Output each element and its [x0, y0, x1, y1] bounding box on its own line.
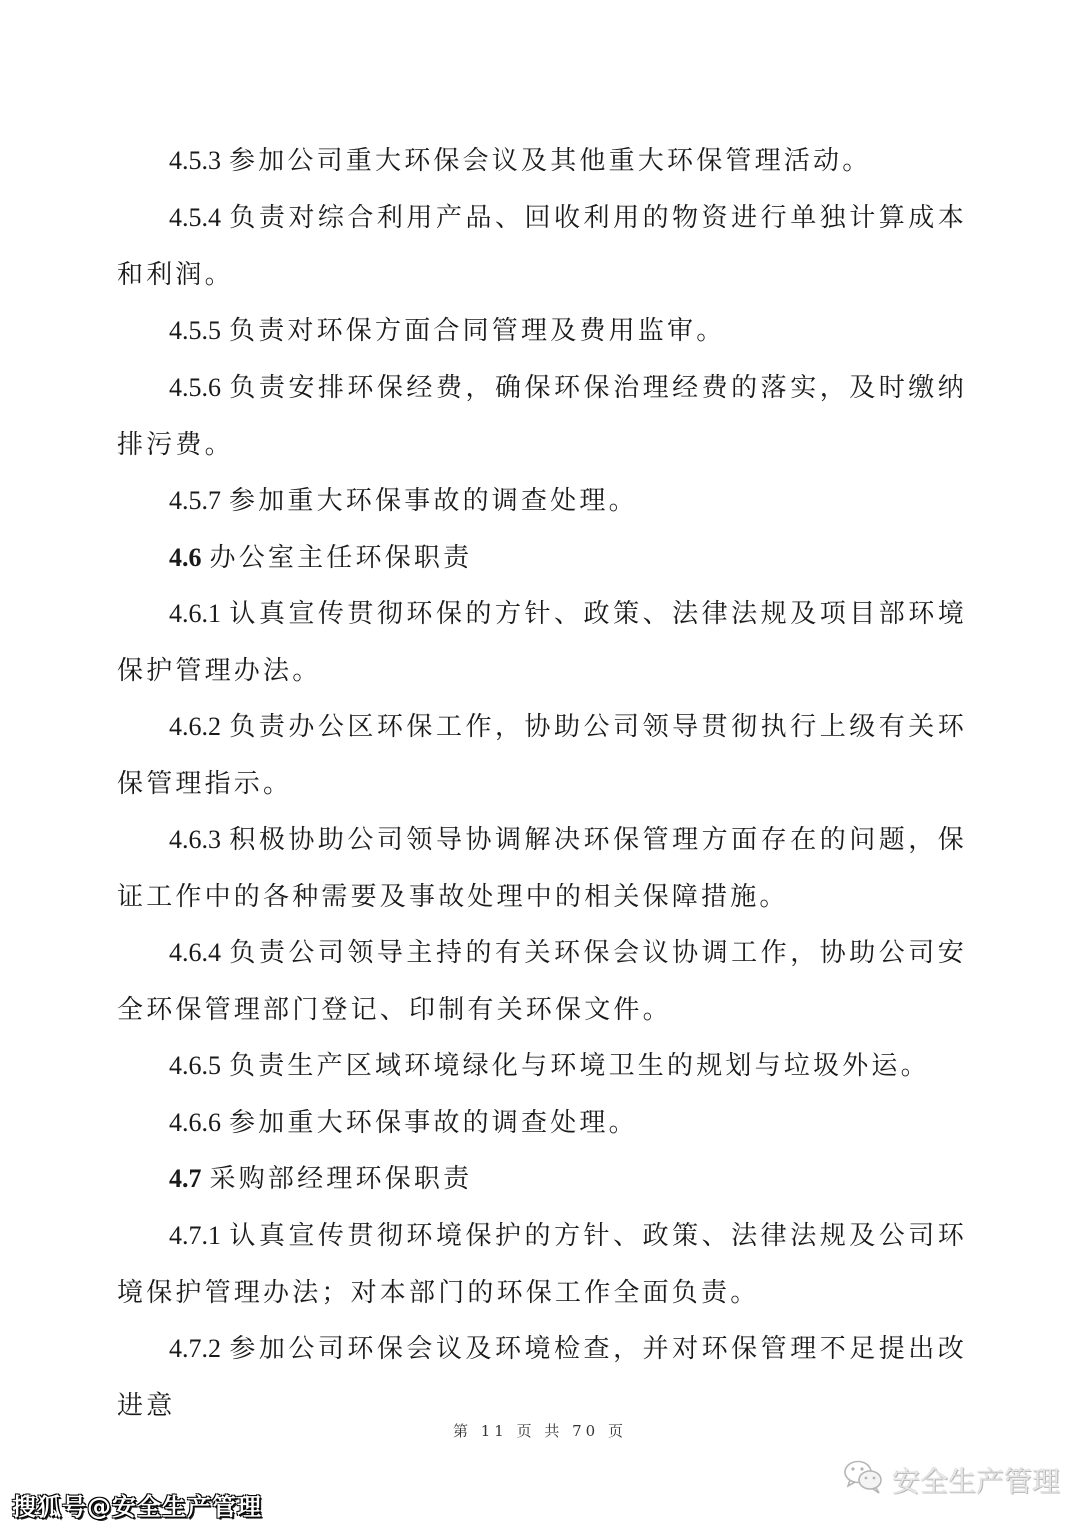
wechat-account-name: 安全生产管理: [892, 1460, 1060, 1500]
clause-text: 认真宣传贯彻环境保护的方针、政策、法律法规及公司环境保护管理办法；对本部门的环保…: [117, 1221, 967, 1308]
clause-text: 积极协助公司领导协调解决环保管理方面存在的问题，保证工作中的各种需要及事故处理中…: [117, 825, 967, 912]
paragraph-4-6-6: 4.6.6参加重大环保事故的调查处理。: [117, 1094, 967, 1152]
paragraph-4-6-2: 4.6.2负责办公区环保工作，协助公司领导贯彻执行上级有关环保管理指示。: [117, 698, 967, 813]
section-number: 4.7: [169, 1164, 202, 1193]
clause-text: 认真宣传贯彻环保的方针、政策、法律法规及项目部环境保护管理办法。: [117, 599, 967, 686]
paragraph-4-5-5: 4.5.5负责对环保方面合同管理及费用监审。: [117, 302, 967, 360]
paragraph-4-6-3: 4.6.3积极协助公司领导协调解决环保管理方面存在的问题，保证工作中的各种需要及…: [117, 811, 967, 926]
paragraph-4-5-6: 4.5.6负责安排环保经费，确保环保治理经费的落实，及时缴纳排污费。: [117, 359, 967, 474]
clause-text: 参加公司环保会议及环境检查，并对环保管理不足提出改进意: [117, 1334, 967, 1421]
section-number: 4.6: [169, 543, 202, 572]
clause-number: 4.5.5: [169, 316, 221, 345]
paragraph-4-6-5: 4.6.5负责生产区域环境绿化与环境卫生的规划与垃圾外运。: [117, 1037, 967, 1095]
document-page: 4.5.3参加公司重大环保会议及其他重大环保管理活动。 4.5.4负责对综合利用…: [0, 0, 1080, 1527]
clause-text: 参加重大环保事故的调查处理。: [229, 486, 638, 516]
paragraph-4-7-1: 4.7.1认真宣传贯彻环境保护的方针、政策、法律法规及公司环境保护管理办法；对本…: [117, 1207, 967, 1322]
section-heading-4-6: 4.6办公室主任环保职责: [117, 529, 967, 587]
paragraph-4-5-7: 4.5.7参加重大环保事故的调查处理。: [117, 472, 967, 530]
clause-text: 负责生产区域环境绿化与环境卫生的规划与垃圾外运。: [229, 1051, 930, 1081]
sohu-watermark: 搜狐号@安全生产管理: [12, 1487, 262, 1522]
paragraph-4-6-1: 4.6.1认真宣传贯彻环保的方针、政策、法律法规及项目部环境保护管理办法。: [117, 585, 967, 700]
clause-text: 负责办公区环保工作，协助公司领导贯彻执行上级有关环保管理指示。: [117, 712, 967, 799]
clause-number: 4.5.6: [169, 373, 221, 402]
section-title: 办公室主任环保职责: [210, 543, 473, 573]
paragraph-4-6-4: 4.6.4负责公司领导主持的有关环保会议协调工作，协助公司安全环保管理部门登记、…: [117, 924, 967, 1039]
clause-number: 4.6.4: [169, 938, 221, 967]
paragraph-4-5-3: 4.5.3参加公司重大环保会议及其他重大环保管理活动。: [117, 132, 967, 190]
page-number-footer: 第 11 页 共 70 页: [0, 1420, 1080, 1441]
clause-number: 4.5.3: [169, 146, 221, 175]
clause-number: 4.6.1: [169, 599, 221, 628]
clause-number: 4.7.2: [169, 1334, 221, 1363]
clause-number: 4.6.6: [169, 1108, 221, 1137]
section-heading-4-7: 4.7采购部经理环保职责: [117, 1150, 967, 1208]
clause-text: 负责对综合利用产品、回收利用的物资进行单独计算成本和利润。: [117, 203, 967, 290]
clause-text: 负责对环保方面合同管理及费用监审。: [229, 316, 725, 346]
clause-text: 参加重大环保事故的调查处理。: [229, 1108, 638, 1138]
paragraph-4-5-4: 4.5.4负责对综合利用产品、回收利用的物资进行单独计算成本和利润。: [117, 189, 967, 304]
clause-text: 负责安排环保经费，确保环保治理经费的落实，及时缴纳排污费。: [117, 373, 967, 460]
clause-number: 4.6.2: [169, 712, 221, 741]
section-title: 采购部经理环保职责: [210, 1164, 473, 1194]
clause-number: 4.6.3: [169, 825, 221, 854]
clause-number: 4.6.5: [169, 1051, 221, 1080]
clause-number: 4.7.1: [169, 1221, 221, 1250]
clause-text: 负责公司领导主持的有关环保会议协调工作，协助公司安全环保管理部门登记、印制有关环…: [117, 938, 967, 1025]
paragraph-4-7-2: 4.7.2参加公司环保会议及环境检查，并对环保管理不足提出改进意: [117, 1320, 967, 1435]
clause-number: 4.5.7: [169, 486, 221, 515]
clause-text: 参加公司重大环保会议及其他重大环保管理活动。: [229, 146, 871, 176]
wechat-watermark: 安全生产管理: [842, 1458, 1060, 1502]
clause-number: 4.5.4: [169, 203, 221, 232]
wechat-icon: [842, 1457, 886, 1504]
